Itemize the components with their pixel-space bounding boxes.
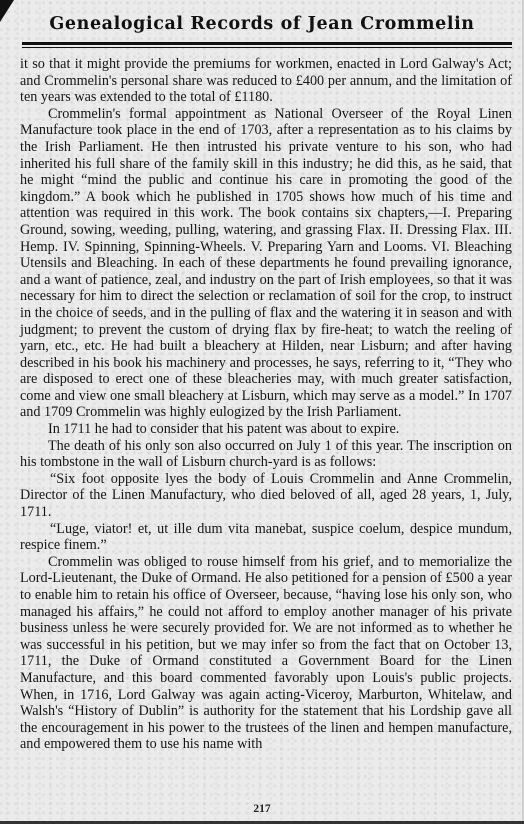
- paragraph-patent-expiry: In 1711 he had to consider that his pate…: [20, 421, 512, 438]
- running-header-title: Genealogical Records of Jean Crommelin: [0, 14, 524, 34]
- paragraph-continuation: it so that it might provide the premiums…: [20, 56, 512, 106]
- body-text: it so that it might provide the premiums…: [20, 56, 512, 753]
- paragraph-appointment: Crommelin's formal appointment as Nation…: [20, 106, 512, 421]
- paragraph-petition: Crommelin was obliged to rouse himself f…: [20, 554, 512, 753]
- scanned-page: Genealogical Records of Jean Crommelin i…: [0, 0, 524, 824]
- paragraph-son-death: The death of his only son also occurred …: [20, 438, 512, 471]
- header-rule-thick: [22, 42, 512, 45]
- tombstone-inscription: “Six foot opposite lyes the body of Loui…: [20, 471, 512, 521]
- header-rule-thin: [22, 47, 512, 48]
- page-number: 217: [0, 803, 524, 815]
- latin-inscription: “Luge, viator! et, ut ille dum vita mane…: [20, 521, 512, 554]
